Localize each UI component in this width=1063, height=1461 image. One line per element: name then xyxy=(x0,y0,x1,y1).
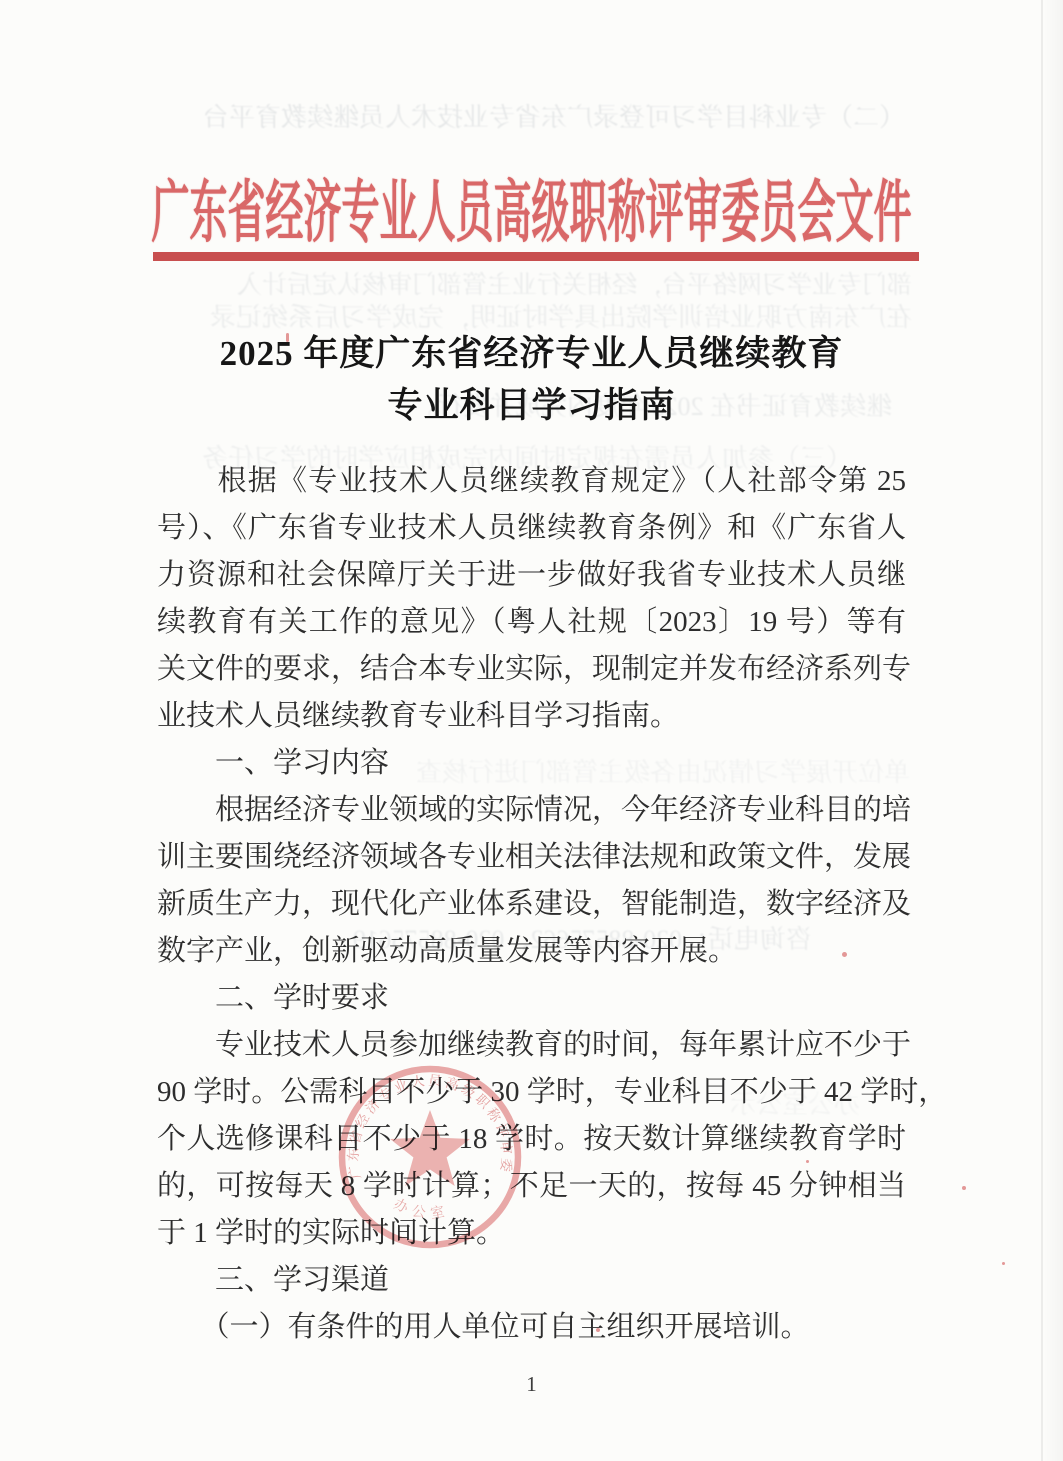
page-number: 1 xyxy=(0,1372,1063,1397)
official-seal: 广东省经济专业人员高级职称评审委员会 办公室 xyxy=(333,1060,527,1254)
red-separator-rule xyxy=(153,252,919,261)
body-line: 90 学时。公需科目不少于 30 学时，专业科目不少于 42 学时， xyxy=(157,1069,906,1116)
official-seal-graphic: 广东省经济专业人员高级职称评审委员会 办公室 xyxy=(333,1060,527,1254)
scan-shade xyxy=(1043,0,1063,1461)
body-line: 力资源和社会保障厅关于进一步做好我省专业技术人员继 xyxy=(157,552,906,599)
star-icon xyxy=(390,1110,470,1186)
seal-bottom-text: 办公室 xyxy=(392,1195,452,1221)
document-title-line1: 2025 年度广东省经济专业人员继续教育 xyxy=(0,328,1063,380)
body-line: 三、学习渠道 xyxy=(157,1257,906,1304)
body-line: 二、学时要求 xyxy=(157,975,906,1022)
scan-speck xyxy=(1002,1262,1005,1265)
body-line: （一）有条件的用人单位可自主组织开展培训。 xyxy=(157,1304,906,1351)
scan-speck xyxy=(286,333,289,342)
body-line: 号）、《广东省专业技术人员继续教育条例》和《广东省人 xyxy=(157,505,906,552)
bleedthrough-line: （二）专业科目学习可登录广东省专业技术人员继续教育平台 xyxy=(175,103,905,133)
scan-speck xyxy=(596,1328,600,1332)
body-line: 根据经济专业领域的实际情况，今年经济专业科目的培 xyxy=(157,787,906,834)
body-line: 个人选修课科目不少于 18 学时。按天数计算继续教育学时 xyxy=(157,1116,906,1163)
body-line: 专业技术人员参加继续教育的时间，每年累计应不少于 xyxy=(157,1022,906,1069)
scan-speck xyxy=(962,1186,966,1190)
body-line: 根据《专业技术人员继续教育规定》（人社部令第 25 xyxy=(157,458,906,505)
scan-speck xyxy=(806,1160,809,1163)
bleedthrough-line: 部门专业学习网络平台，经相关行业主管部门审核认定后计入 xyxy=(158,271,912,301)
body-line: 的，可按每天 8 学时计算；不足一天的，按每 45 分钟相当 xyxy=(157,1163,906,1210)
body-line: 数字产业，创新驱动高质量发展等内容开展。 xyxy=(157,928,906,975)
document-title: 2025 年度广东省经济专业人员继续教育 专业科目学习指南 xyxy=(0,328,1063,432)
document-page: （二）专业科目学习可登录广东省专业技术人员继续教育平台 部门专业学习网络平台，经… xyxy=(0,0,1063,1461)
body-line: 训主要围绕经济领域各专业相关法律法规和政策文件，发展 xyxy=(157,834,906,881)
body-line: 关文件的要求，结合本专业实际，现制定并发布经济系列专 xyxy=(157,646,906,693)
document-title-line2: 专业科目学习指南 xyxy=(0,380,1063,432)
body-line: 续教育有关工作的意见》（粤人社规〔2023〕19 号）等有 xyxy=(157,599,906,646)
scan-speck xyxy=(842,952,847,957)
body-line: 新质生产力，现代化产业体系建设，智能制造，数字经济及 xyxy=(157,881,906,928)
body-line: 一、学习内容 xyxy=(157,740,906,787)
document-body: 根据《专业技术人员继续教育规定》（人社部令第 25号）、《广东省专业技术人员继续… xyxy=(157,458,906,1351)
body-line: 于 1 学时的实际时间计算。 xyxy=(157,1210,906,1257)
letterhead-title: 广东省经济专业人员高级职称评审委员会文件 xyxy=(0,157,1063,255)
body-lines: 根据《专业技术人员继续教育规定》（人社部令第 25号）、《广东省专业技术人员继续… xyxy=(157,458,906,1351)
body-line: 业技术人员继续教育专业科目学习指南。 xyxy=(157,693,906,740)
